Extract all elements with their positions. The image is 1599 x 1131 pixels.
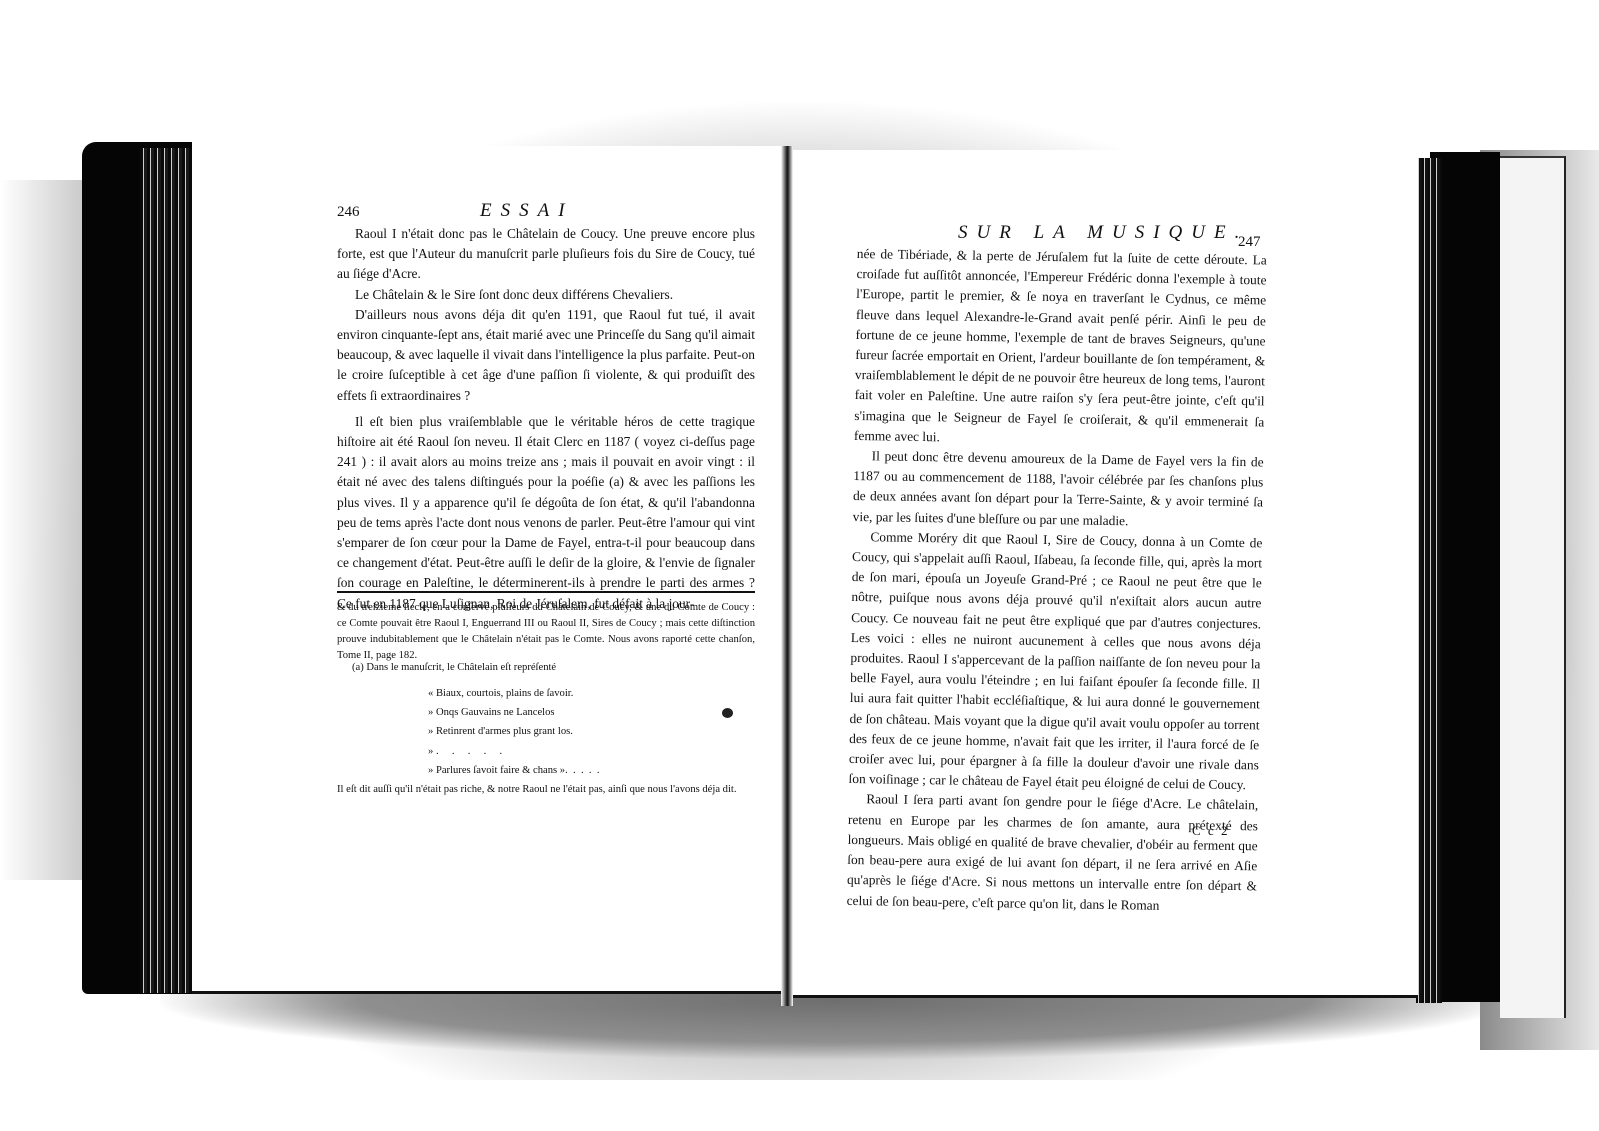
paragraph: Raoul I n'était donc pas le Châtelain de… xyxy=(337,224,755,285)
footnote-a-end: Il eſt dit auſſi qu'il n'était pas riche… xyxy=(337,782,755,798)
footnote-a-intro: (a) Dans le manuſcrit, le Châtelain eſt … xyxy=(352,660,752,676)
page-edges-right xyxy=(1416,158,1442,1003)
paragraph: D'ailleurs nous avons déja dit qu'en 119… xyxy=(337,305,755,406)
footnote-continued: & du treizieme ſiecle, en a conſervé plu… xyxy=(337,600,755,664)
left-body-text: Raoul I n'était donc pas le Châtelain de… xyxy=(337,224,755,614)
paragraph: Il eſt bien plus vraiſemblable que le vé… xyxy=(337,412,755,614)
ink-blot xyxy=(722,708,733,718)
verse-quotation: « Biaux, courtois, plains de ſavoir. » O… xyxy=(428,684,600,780)
verse-line: » Onqs Gauvains ne Lancelos xyxy=(428,703,600,722)
page-edges-left xyxy=(140,148,196,993)
footnote-text: (a) Dans le manuſcrit, le Châtelain eſt … xyxy=(352,660,752,676)
verse-line: » Retinrent d'armes plus grant los. xyxy=(428,722,600,741)
paragraph: Comme Moréry dit que Raoul I, Sire de Co… xyxy=(848,527,1262,796)
paragraph: Le Châtelain & le Sire ſont donc deux di… xyxy=(337,285,755,305)
verse-line: « Biaux, courtois, plains de ſavoir. xyxy=(428,684,600,703)
verse-line: » . . . . . xyxy=(428,742,600,761)
left-page-number: 246 xyxy=(337,204,360,221)
right-body-text: née de Tibériade, & la perte de Jéruſale… xyxy=(847,244,1267,917)
paragraph: née de Tibériade, & la perte de Jéruſale… xyxy=(854,244,1267,452)
background-shadow-lower xyxy=(160,990,1510,1070)
footnote-text: & du treizieme ſiecle, en a conſervé plu… xyxy=(337,600,755,664)
paragraph: Il peut donc être devenu amoureux de la … xyxy=(853,446,1264,533)
footnote-text: Il eſt dit auſſi qu'il n'était pas riche… xyxy=(337,782,755,798)
verse-line: » Parlures ſavoit faire & chans ». . . .… xyxy=(428,761,600,780)
right-page-number: 247 xyxy=(1238,234,1261,251)
book-board-right xyxy=(1500,156,1566,1018)
signature-mark: C c 2 xyxy=(1192,823,1229,839)
book-gutter xyxy=(781,146,793,1006)
right-running-head: SUR LA MUSIQUE. xyxy=(958,222,1248,244)
footnote-rule xyxy=(337,591,755,593)
left-running-head: ESSAI xyxy=(480,200,574,222)
paragraph: Raoul I ſera parti avant ſon gendre pour… xyxy=(847,789,1259,917)
